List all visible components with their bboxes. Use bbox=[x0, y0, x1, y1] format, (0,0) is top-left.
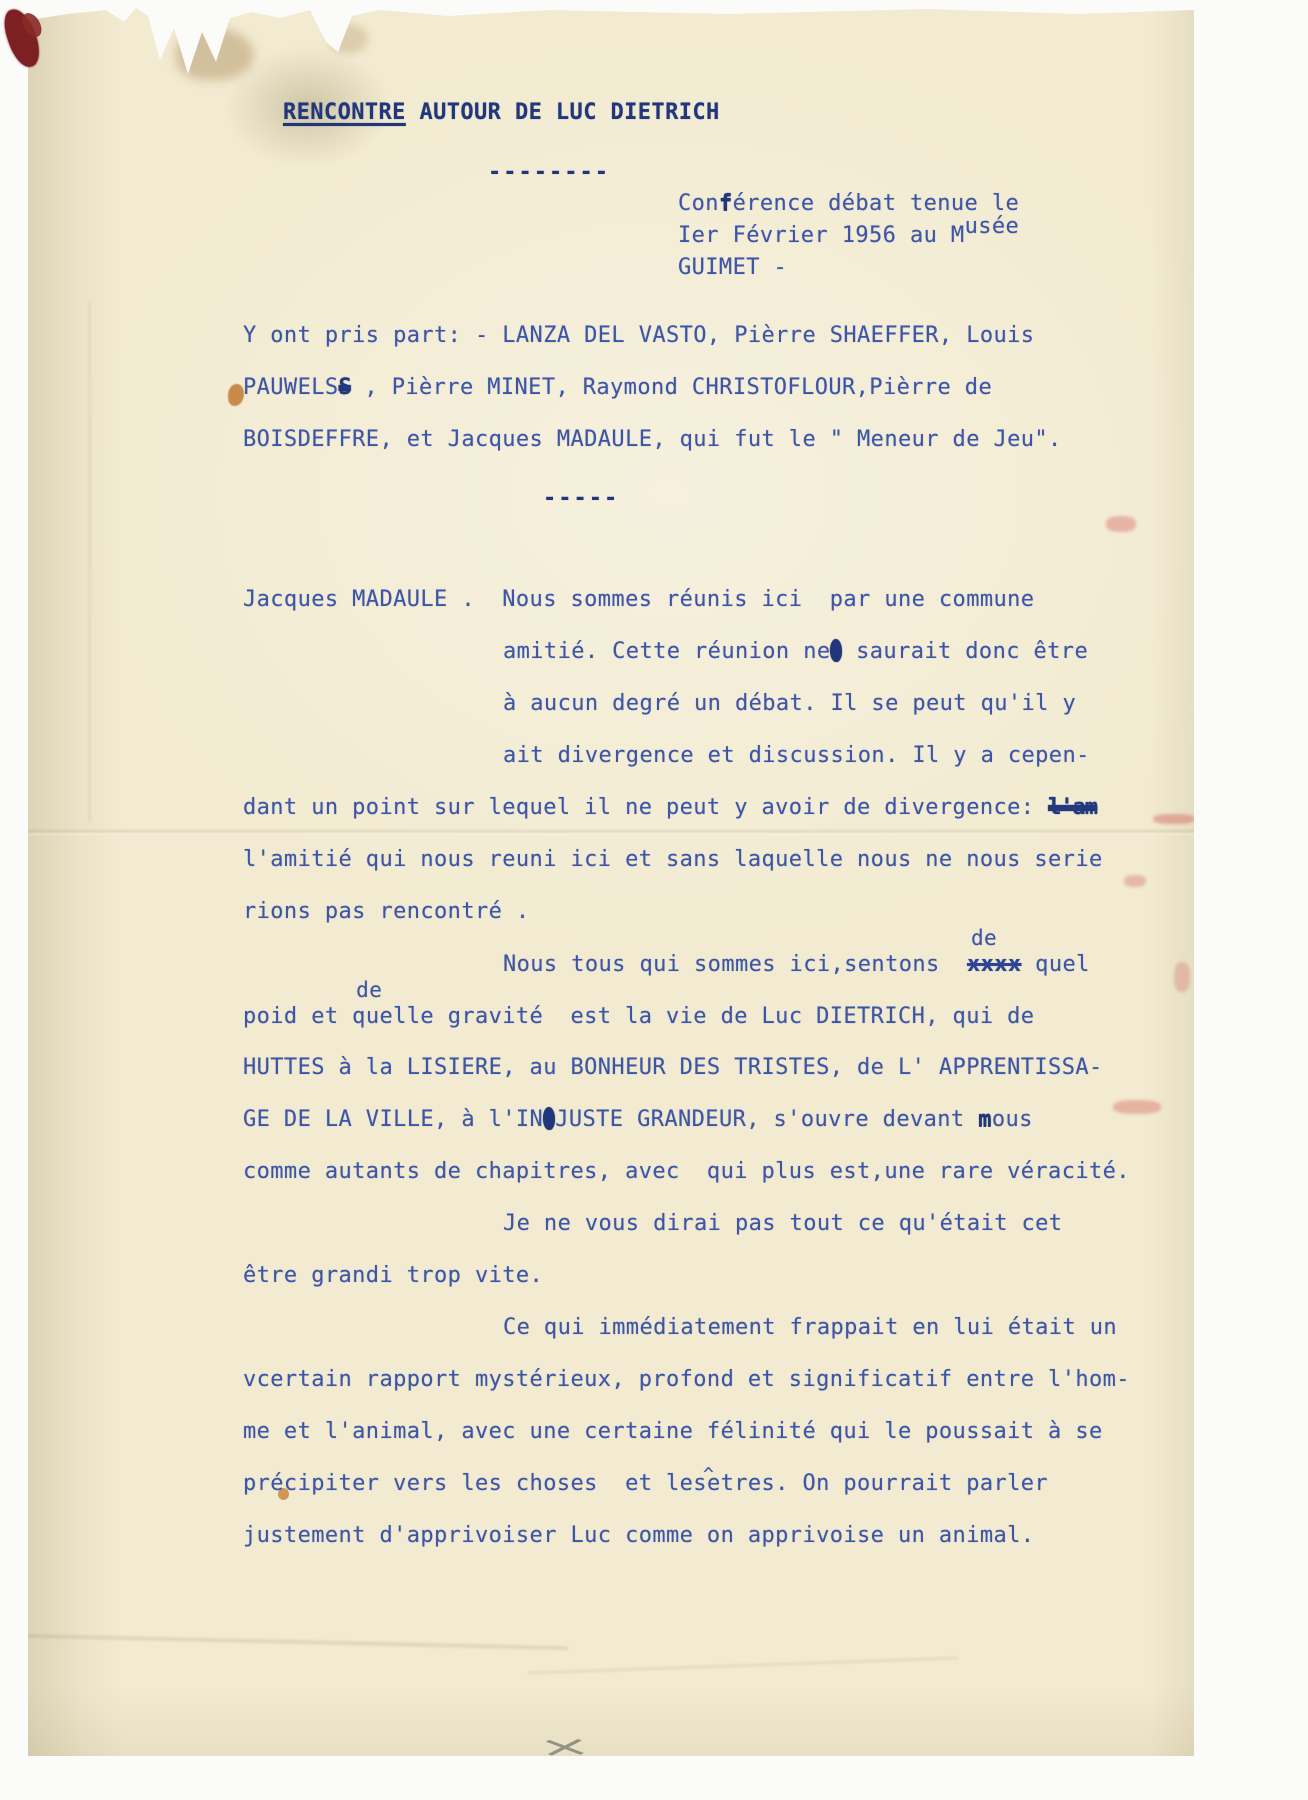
typed-segment: l'am bbox=[1048, 795, 1097, 820]
paper-sheet: RENCONTRE AUTOUR DE LUC DIETRICH--------… bbox=[28, 2, 1194, 1756]
typed-segment: JUSTE GRANDEUR, s'ouvre devant bbox=[555, 1107, 978, 1132]
typed-line: Y ont pris part: - LANZA DEL VASTO, Pièr… bbox=[243, 310, 1193, 362]
typed-segment: Nous tous qui sommes ici,sentons bbox=[503, 952, 967, 977]
typed-line: BOISDEFFRE, et Jacques MADAULE, qui fut … bbox=[243, 414, 1193, 466]
typed-segment: xxxx bbox=[967, 952, 1022, 977]
typed-segment: -------- bbox=[488, 160, 610, 185]
typed-segment: S bbox=[339, 375, 351, 400]
typed-line: me et l'animal, avec une certaine félini… bbox=[243, 1406, 1193, 1458]
typed-line: Conférence débat tenue le bbox=[243, 188, 1193, 220]
typed-segment: usée bbox=[965, 211, 1020, 243]
typed-segment: RENCONTRE bbox=[283, 100, 406, 125]
typed-segment: rions pas rencontré . bbox=[243, 899, 530, 924]
left-crease bbox=[88, 302, 91, 822]
typed-line: rions pas rencontré . bbox=[243, 886, 1193, 938]
typed-segment: BOISDEFFRE, et Jacques MADAULE, qui fut … bbox=[243, 427, 1062, 452]
ink-blot bbox=[543, 1107, 555, 1130]
typed-line: l'amitié qui nous reuni ici et sans laqu… bbox=[243, 834, 1193, 886]
block-sep2: ----- bbox=[243, 484, 1193, 514]
typed-line: à aucun degré un débat. Il se peut qu'il… bbox=[243, 678, 1193, 730]
typed-line: ait divergence et discussion. Il y a cep… bbox=[243, 730, 1193, 782]
typed-segment: m bbox=[978, 1107, 992, 1132]
typed-line: ----- bbox=[243, 484, 1193, 514]
typed-segment: poid et bbox=[243, 1004, 352, 1029]
typed-line: PAUWELSS , Pièrre MINET, Raymond CHRISTO… bbox=[243, 362, 1193, 414]
ink-blot bbox=[830, 639, 842, 662]
typed-segment: HUTTES à la LISIERE, au BONHEUR DES TRIS… bbox=[243, 1055, 1103, 1080]
typed-segment: GE DE LA VILLE, à l'IN bbox=[243, 1107, 543, 1132]
typed-segment: justement d'apprivoiser Luc comme on app… bbox=[243, 1523, 1034, 1548]
typed-line: Ier Février 1956 au Musée bbox=[243, 220, 1193, 252]
typed-line: GE DE LA VILLE, à l'INJUSTE GRANDEUR, s'… bbox=[243, 1094, 1193, 1146]
typed-line: HUTTES à la LISIERE, au BONHEUR DES TRIS… bbox=[243, 1042, 1193, 1094]
typed-segment: précipiter vers les choses et les bbox=[243, 1471, 707, 1496]
block-dlg: Jacques MADAULE . Nous sommes réunis ici… bbox=[243, 574, 1193, 1562]
typed-segment: Je ne vous dirai pas tout ce qu'était ce… bbox=[503, 1211, 1062, 1236]
typed-segment: ait divergence et discussion. Il y a cep… bbox=[503, 743, 1090, 768]
block-sep1: -------- bbox=[243, 158, 1193, 188]
block-date: Conférence débat tenue leIer Février 195… bbox=[243, 188, 1193, 284]
typed-segment: , Pièrre MINET, Raymond CHRISTOFLOUR,Piè… bbox=[351, 375, 992, 400]
typed-segment: f bbox=[719, 191, 733, 216]
typed-segment: être grandi trop vite. bbox=[243, 1263, 543, 1288]
typed-line: Ce qui immédiatement frappait en lui éta… bbox=[243, 1302, 1193, 1354]
typed-line: comme autants de chapitres, avec qui plu… bbox=[243, 1146, 1193, 1198]
block-title: RENCONTRE AUTOUR DE LUC DIETRICH bbox=[243, 98, 1193, 128]
typed-line: poid et dequelle gravité est la vie de L… bbox=[243, 990, 1193, 1042]
typed-segment: vcertain rapport mystérieux, profond et … bbox=[243, 1367, 1130, 1392]
typed-segment: me et l'animal, avec une certaine félini… bbox=[243, 1419, 1103, 1444]
typed-segment: quel bbox=[1022, 952, 1090, 977]
typed-segment: ----- bbox=[543, 486, 619, 511]
typed-segment: amitié. Cette réunion ne bbox=[503, 639, 830, 664]
typed-line: GUIMET - bbox=[243, 252, 1193, 284]
typed-segment: Jacques MADAULE . Nous sommes réunis ici… bbox=[243, 587, 1034, 612]
typed-line: dant un point sur lequel il ne peut y av… bbox=[243, 782, 1193, 834]
typed-segment: comme autants de chapitres, avec qui plu… bbox=[243, 1159, 1130, 1184]
typed-segment: Y ont pris part: - LANZA DEL VASTO, Pièr… bbox=[243, 323, 1034, 348]
typed-segment: quelle gravité est la vie de Luc DIETRIC… bbox=[352, 1004, 1034, 1029]
typed-text: RENCONTRE AUTOUR DE LUC DIETRICH--------… bbox=[243, 2, 1193, 1756]
typed-line: -------- bbox=[243, 158, 1193, 188]
typed-line: précipiter vers les choses et les^etres.… bbox=[243, 1458, 1193, 1510]
typed-segment: PAUWELS bbox=[243, 375, 339, 400]
typed-segment: Ier Février 1956 au M bbox=[678, 223, 965, 248]
scanned-page-background: RENCONTRE AUTOUR DE LUC DIETRICH--------… bbox=[0, 0, 1308, 1800]
typed-segment: saurait donc être bbox=[842, 639, 1088, 664]
typed-line: Je ne vous dirai pas tout ce qu'était ce… bbox=[243, 1198, 1193, 1250]
typed-line: amitié. Cette réunion ne saurait donc êt… bbox=[243, 626, 1193, 678]
typed-segment: ous bbox=[992, 1107, 1033, 1132]
rust-stain bbox=[228, 384, 244, 406]
typed-line: justement d'apprivoiser Luc comme on app… bbox=[243, 1510, 1193, 1562]
typed-segment: l'amitié qui nous reuni ici et sans laqu… bbox=[243, 847, 1103, 872]
typed-segment: Ce qui immédiatement frappait en lui éta… bbox=[503, 1315, 1117, 1340]
typed-segment: dant un point sur lequel il ne peut y av… bbox=[243, 795, 1048, 820]
typed-segment: etres. On pourrait parler bbox=[707, 1471, 1048, 1496]
typed-line: Jacques MADAULE . Nous sommes réunis ici… bbox=[243, 574, 1193, 626]
typed-line: vcertain rapport mystérieux, profond et … bbox=[243, 1354, 1193, 1406]
typed-line: Nous tous qui sommes ici,sentons dexxxx … bbox=[243, 938, 1193, 990]
typed-segment: Con bbox=[678, 191, 719, 216]
typed-segment: GUIMET - bbox=[678, 255, 787, 280]
block-p1: Y ont pris part: - LANZA DEL VASTO, Pièr… bbox=[243, 310, 1193, 466]
typed-segment: AUTOUR DE LUC DIETRICH bbox=[406, 100, 720, 125]
typed-line: être grandi trop vite. bbox=[243, 1250, 1193, 1302]
typed-line: RENCONTRE AUTOUR DE LUC DIETRICH bbox=[243, 98, 1193, 128]
typed-segment: à aucun degré un débat. Il se peut qu'il… bbox=[503, 691, 1076, 716]
